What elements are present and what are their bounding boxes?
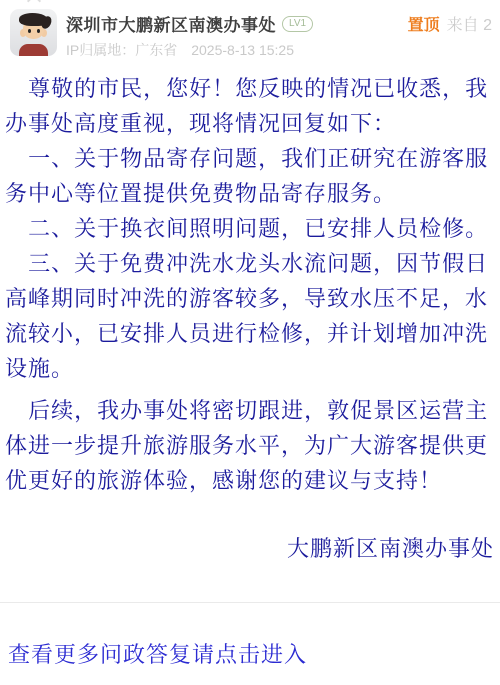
pinned-badge: 置顶 — [408, 12, 440, 35]
post-header: 深圳市大鹏新区南澳办事处 LV1 置顶 来自 2 IP归属地：广东省 2025-… — [0, 0, 500, 60]
meta-row: IP归属地：广东省 2025-8-13 15:25 — [66, 40, 492, 60]
reply-paragraph: 一、关于物品寄存问题，我们正研究在游客服务中心等位置提供免费物品寄存服务。 — [5, 141, 494, 211]
reply-paragraph: 二、关于换衣间照明问题，已安排人员检修。 — [5, 211, 494, 246]
ip-location: IP归属地：广东省 — [66, 40, 177, 60]
timestamp: 2025-8-13 15:25 — [191, 42, 294, 58]
avatar-art — [37, 29, 40, 33]
right-tags: 置顶 来自 2 — [408, 12, 492, 35]
reply-paragraph: 后续，我办事处将密切跟进，敦促景区运营主体进一步提升旅游服务水平，为广大游客提供… — [5, 393, 494, 498]
reply-paragraph: 尊敬的市民，您好！您反映的情况已收悉，我办事处高度重视，现将情况回复如下： — [5, 71, 494, 141]
avatar-art — [28, 29, 31, 33]
header-main: 深圳市大鹏新区南澳办事处 LV1 置顶 来自 2 IP归属地：广东省 2025-… — [66, 9, 492, 60]
reply-body: 尊敬的市民，您好！您反映的情况已收悉，我办事处高度重视，现将情况回复如下： 一、… — [0, 60, 500, 566]
name-row: 深圳市大鹏新区南澳办事处 LV1 置顶 来自 2 — [66, 11, 492, 36]
author-name[interactable]: 深圳市大鹏新区南澳办事处 — [66, 11, 276, 36]
level-badge: LV1 — [282, 16, 313, 32]
more-replies-link[interactable]: 查看更多问政答复请点击进入 — [8, 641, 307, 669]
avatar-art — [19, 44, 48, 56]
reply-paragraph: 三、关于免费冲洗水龙头水流问题，因节假日高峰期同时冲洗的游客较多，导致水压不足，… — [5, 246, 494, 386]
reply-signature: 大鹏新区南澳办事处 — [5, 531, 494, 566]
divider — [0, 602, 500, 603]
avatar-art — [19, 13, 48, 26]
source-label: 来自 2 — [447, 12, 492, 35]
user-avatar[interactable] — [10, 9, 57, 56]
reply-post-page: 深圳市大鹏新区南澳办事处 LV1 置顶 来自 2 IP归属地：广东省 2025-… — [0, 0, 500, 685]
